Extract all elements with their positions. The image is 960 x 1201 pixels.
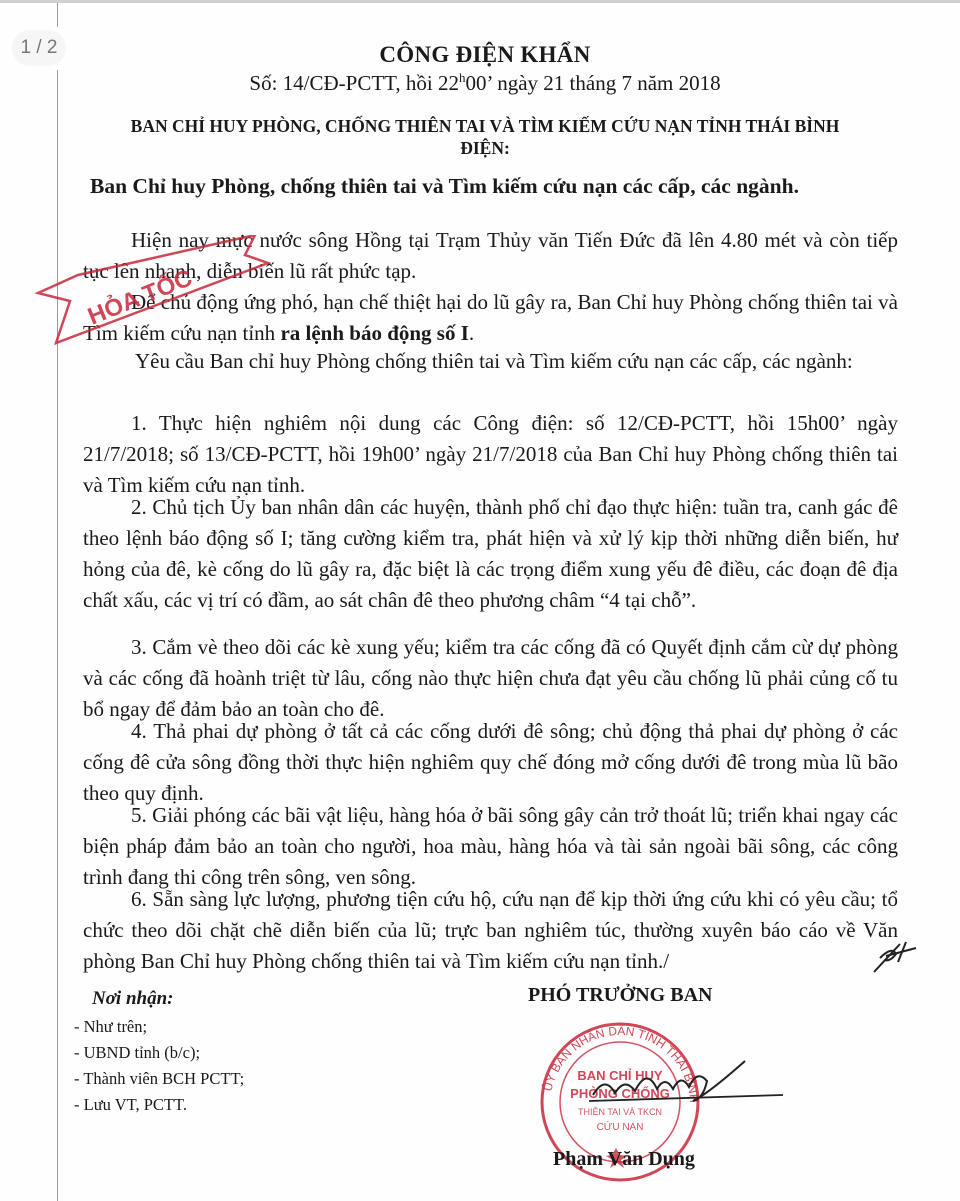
item-2: 2. Chủ tịch Ủy ban nhân dân các huyện, t…	[83, 492, 898, 616]
dien-label: ĐIỆN:	[60, 138, 910, 159]
signer-name: Phạm Văn Dụng	[553, 1148, 695, 1171]
document-page: CÔNG ĐIỆN KHẨN Số: 14/CĐ-PCTT, hồi 22h00…	[0, 0, 960, 1201]
page-indicator: 1 / 2	[12, 30, 66, 66]
item-1: 1. Thực hiện nghiêm nội dung các Công đi…	[83, 408, 898, 501]
recipient-item: - UBND tỉnh (b/c);	[74, 1040, 244, 1066]
recipients-list: - Như trên; - UBND tỉnh (b/c); - Thành v…	[74, 1014, 244, 1118]
addressee: Ban Chỉ huy Phòng, chống thiên tai và Tì…	[90, 174, 799, 199]
item-3: 3. Cắm vè theo dõi các kè xung yếu; kiểm…	[83, 632, 898, 725]
handwritten-signature-icon	[585, 1055, 785, 1115]
initial-mark-icon	[870, 936, 920, 976]
issuer: BAN CHỈ HUY PHÒNG, CHỐNG THIÊN TAI VÀ TÌ…	[60, 116, 910, 137]
signer-title: PHÓ TRƯỞNG BAN	[528, 984, 712, 1007]
recipient-item: - Lưu VT, PCTT.	[74, 1092, 244, 1118]
document-title: CÔNG ĐIỆN KHẨN	[60, 42, 910, 68]
item-5: 5. Giải phóng các bãi vật liệu, hàng hóa…	[83, 800, 898, 893]
number-prefix: Số: 14/CĐ-PCTT, hồi 22	[249, 71, 459, 95]
recipients-label: Nơi nhận:	[92, 988, 173, 1010]
document-number-line: Số: 14/CĐ-PCTT, hồi 22h00’ ngày 21 tháng…	[60, 70, 910, 96]
number-suffix: 00’ ngày 21 tháng 7 năm 2018	[466, 71, 721, 95]
recipient-item: - Thành viên BCH PCTT;	[74, 1066, 244, 1092]
item-4: 4. Thả phai dự phòng ở tất cả các cống d…	[83, 716, 898, 809]
recipient-item: - Như trên;	[74, 1014, 244, 1040]
item-6: 6. Sẵn sàng lực lượng, phương tiện cứu h…	[83, 884, 898, 977]
svg-text:CỨU NẠN: CỨU NẠN	[597, 1120, 644, 1133]
alarm-level: ra lệnh báo động số I	[280, 321, 468, 345]
urgent-stamp-icon: HỎA TỐC	[30, 235, 280, 355]
